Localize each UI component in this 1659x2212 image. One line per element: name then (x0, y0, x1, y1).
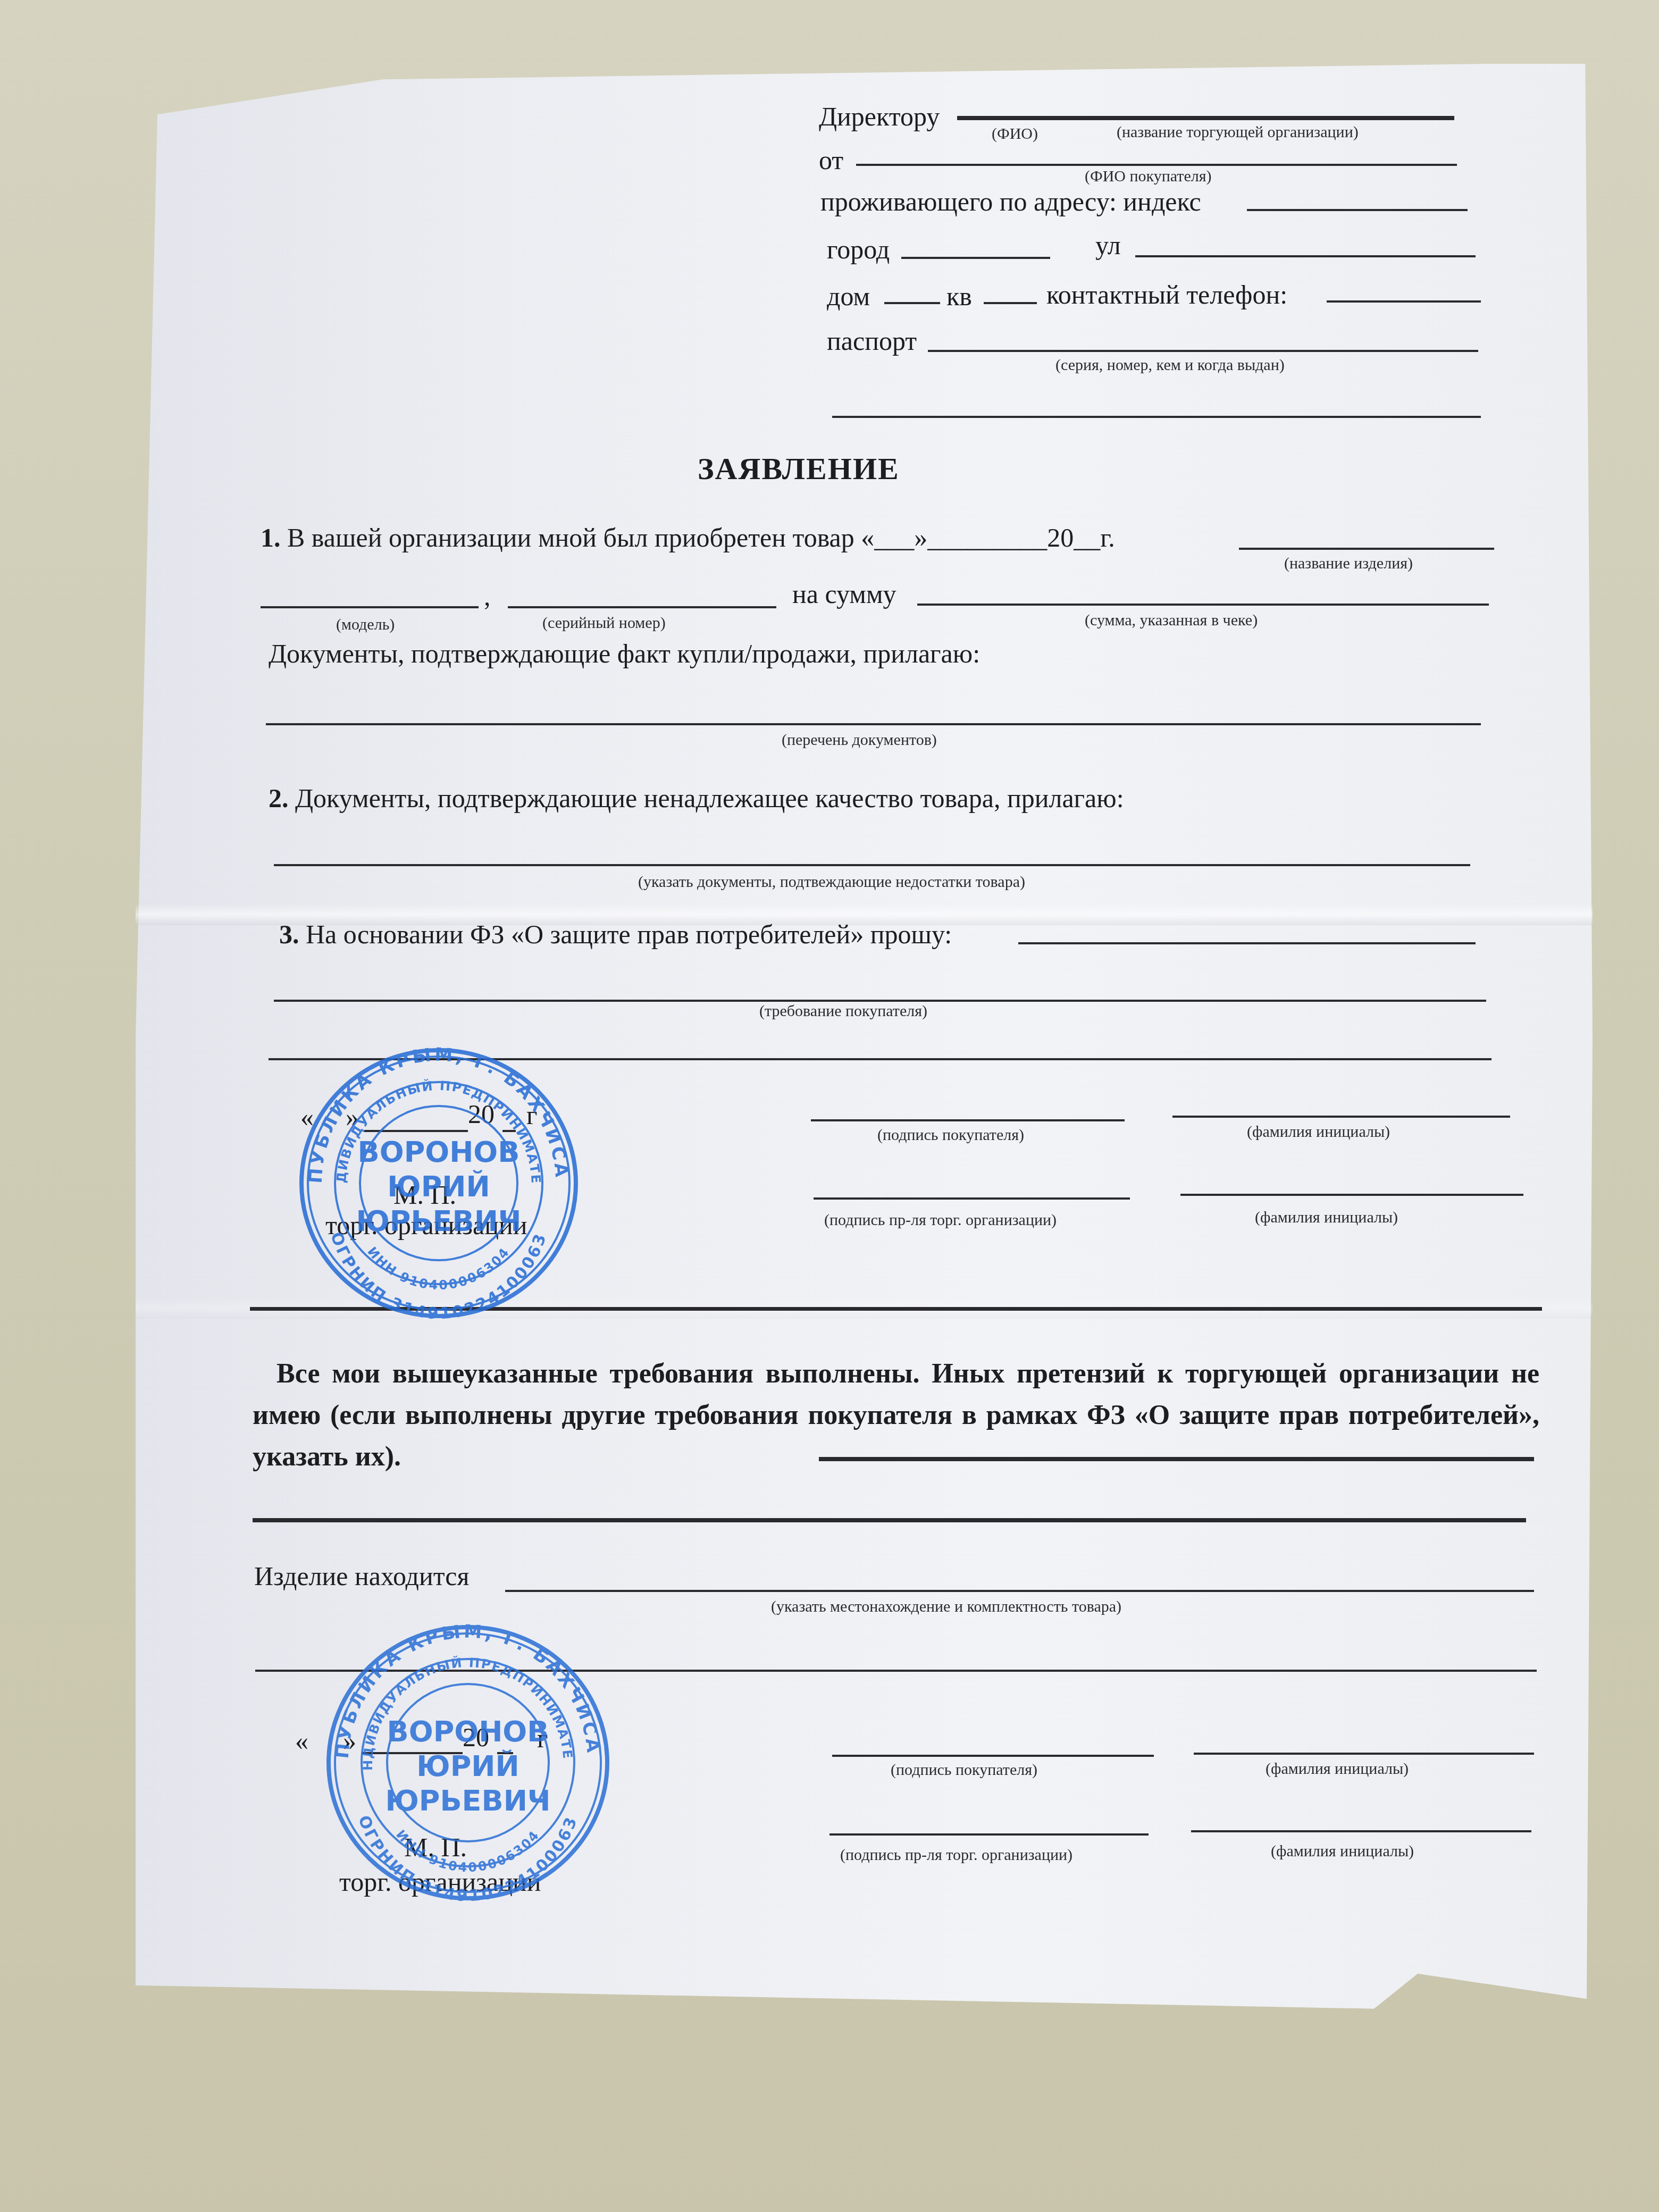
company-stamp-2: РЕСПУБЛИКА КРЫМ, Г. БАХЧИСАРАЙ ОГРНИП 31… (319, 1622, 617, 1904)
seller-name-hint-2: (фамилия инициалы) (1271, 1842, 1414, 1861)
city-field[interactable] (901, 257, 1050, 259)
seller-name-hint-1: (фамилия инициалы) (1255, 1209, 1398, 1227)
house-label: дом (827, 281, 870, 312)
postcode-field[interactable] (1247, 209, 1468, 211)
svg-text:ЮРИЙ: ЮРИЙ (387, 1170, 490, 1203)
phone-label: контактный телефон: (1046, 279, 1287, 310)
buyer-name-hint-2: (фамилия инициалы) (1266, 1760, 1409, 1778)
house-field[interactable] (884, 302, 940, 304)
sum-hint: (сумма, указанная в чеке) (1085, 611, 1258, 630)
company-stamp-1: РЕСПУБЛИКА КРЫМ, Г. БАХЧИСАРАЙ ОГРНИП 31… (290, 1045, 588, 1321)
section2-number: 2. (269, 783, 289, 813)
director-label: Директору (819, 101, 940, 132)
section2-text: 2. Документы, подтверждающие ненадлежаще… (269, 783, 1124, 814)
from-label: от (819, 145, 843, 175)
passport-field[interactable] (928, 350, 1478, 352)
item-location-label: Изделие находится (254, 1561, 469, 1591)
purchase-docs-field[interactable] (266, 723, 1481, 725)
address-label: проживающего по адресу: индекс (820, 186, 1201, 217)
svg-text:ВОРОНОВ: ВОРОНОВ (387, 1715, 549, 1748)
phone-field[interactable] (1327, 300, 1481, 303)
apartment-label: кв (946, 281, 972, 312)
seller-name-field-2[interactable] (1191, 1830, 1531, 1832)
svg-text:ИНН 910400006304: ИНН 910400006304 (364, 1244, 513, 1293)
passport-hint: (серия, номер, кем и когда выдан) (1055, 356, 1285, 374)
product-name-hint: (название изделия) (1284, 555, 1413, 573)
section3-number: 3. (279, 919, 299, 949)
section1-purchase-text: В вашей организации мной был приобретен … (287, 523, 1115, 552)
defect-docs-field[interactable] (274, 864, 1470, 866)
city-label: город (827, 234, 890, 265)
passport-field-line2[interactable] (832, 416, 1481, 418)
buyer-signature-hint-2: (подпись покупателя) (891, 1761, 1037, 1779)
buyer-signature-hint-1: (подпись покупателя) (877, 1126, 1024, 1144)
seller-signature-field-2[interactable] (829, 1833, 1149, 1836)
purchase-docs-text: Документы, подтверждающие факт купли/про… (269, 638, 980, 669)
svg-text:ЮРЬЕВИЧ: ЮРЬЕВИЧ (356, 1204, 521, 1238)
passport-label: паспорт (827, 325, 917, 356)
svg-text:ВОРОНОВ: ВОРОНОВ (358, 1135, 520, 1169)
demand-hint: (требование покупателя) (759, 1002, 927, 1020)
product-name-field[interactable] (1239, 548, 1494, 550)
section1-text: 1. В вашей организации мной был приобрет… (261, 522, 1115, 553)
defect-docs-hint: (указать документы, подтвеждающие недост… (638, 873, 1025, 891)
serial-number-field[interactable] (508, 606, 776, 608)
director-field[interactable] (957, 116, 1454, 120)
svg-text:ЮРИЙ: ЮРИЙ (416, 1749, 519, 1783)
buyer-signature-field-1[interactable] (811, 1119, 1125, 1121)
seller-signature-hint-2: (подпись пр-ля торг. организации) (840, 1846, 1073, 1864)
document-title: ЗАЯВЛЕНИЕ (698, 451, 900, 487)
buyer-name-field-2[interactable] (1194, 1753, 1534, 1755)
comma: , (484, 581, 491, 611)
svg-text:ИНН 910400006304: ИНН 910400006304 (393, 1827, 543, 1875)
svg-text:ОГРНИП 314910224100063: ОГРНИП 314910224100063 (354, 1813, 581, 1904)
purchase-docs-hint: (перечень документов) (782, 731, 937, 749)
section1-number: 1. (261, 523, 281, 552)
serial-number-hint: (серийный номер) (542, 614, 666, 632)
date-open-quote-2: « (295, 1725, 308, 1756)
buyer-name-field-1[interactable] (1172, 1116, 1510, 1118)
apartment-field[interactable] (984, 302, 1037, 304)
other-demands-field[interactable] (819, 1457, 1534, 1461)
svg-text:ЮРЬЕВИЧ: ЮРЬЕВИЧ (385, 1784, 550, 1817)
section3-body: На основании ФЗ «О защите прав потребите… (306, 919, 952, 949)
street-field[interactable] (1135, 255, 1476, 257)
from-field[interactable] (856, 164, 1457, 166)
director-hint-org: (название торгующей организации) (1117, 123, 1359, 141)
other-demands-field-line2[interactable] (253, 1518, 1526, 1522)
seller-signature-hint-1: (подпись пр-ля торг. организации) (824, 1211, 1057, 1229)
seller-signature-field-1[interactable] (814, 1197, 1130, 1200)
from-hint: (ФИО покупателя) (1085, 167, 1212, 186)
director-hint-fio: (ФИО) (992, 125, 1038, 143)
sum-field[interactable] (917, 604, 1489, 606)
item-location-hint: (указать местонахождение и комплектность… (771, 1598, 1121, 1616)
seller-name-field-1[interactable] (1180, 1194, 1523, 1196)
model-field[interactable] (261, 606, 479, 608)
item-location-field[interactable] (505, 1590, 1534, 1592)
demand-field[interactable] (1018, 942, 1476, 944)
sum-label: на сумму (792, 579, 896, 609)
svg-text:ОГРНИП 314910224100063: ОГРНИП 314910224100063 (326, 1230, 550, 1321)
buyer-name-hint-1: (фамилия инициалы) (1247, 1123, 1390, 1141)
buyer-signature-field-2[interactable] (832, 1755, 1154, 1757)
section2-body: Документы, подтверждающие ненадлежащее к… (295, 783, 1124, 813)
model-hint: (модель) (336, 616, 395, 634)
section3-text: 3. На основании ФЗ «О защите прав потреб… (279, 919, 952, 950)
demand-field-line2[interactable] (274, 1000, 1486, 1002)
street-label: ул (1095, 230, 1121, 261)
